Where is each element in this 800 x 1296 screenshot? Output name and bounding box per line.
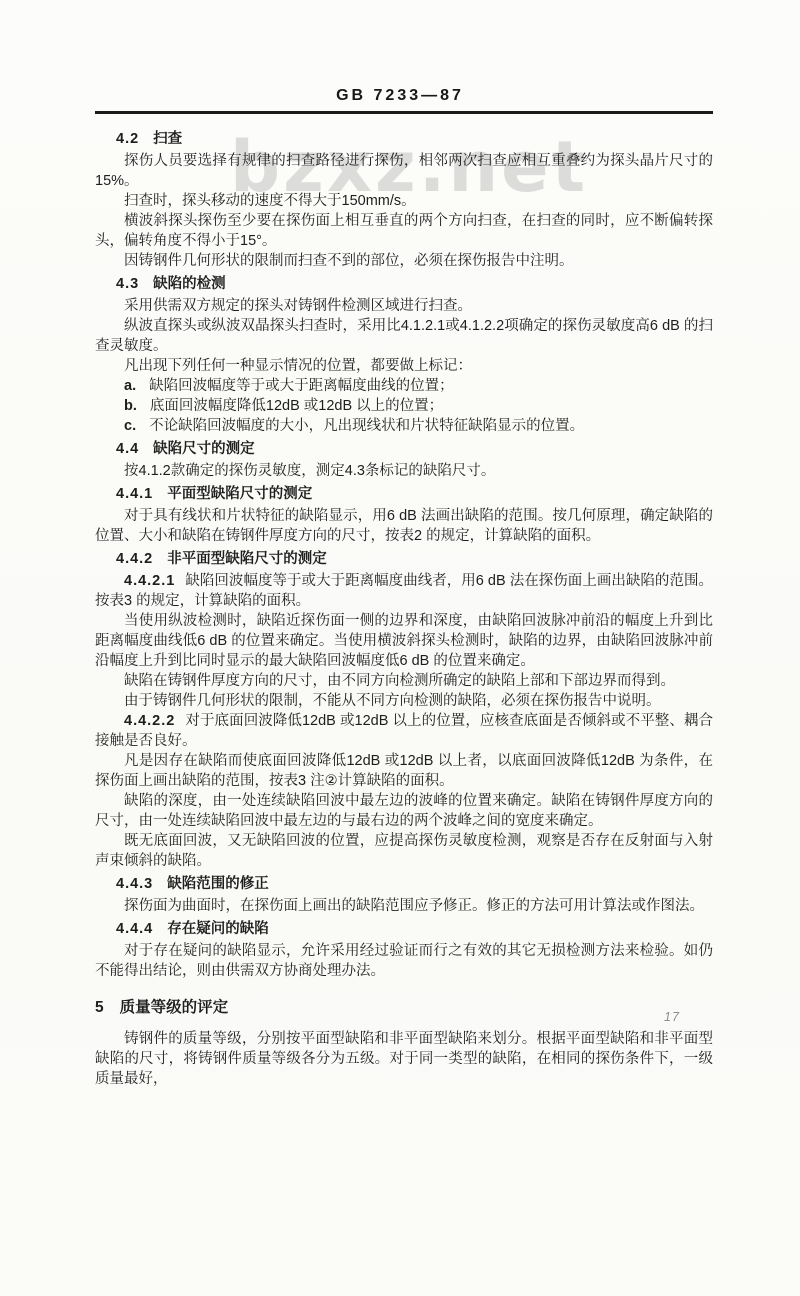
paragraph: 横波斜探头探伤至少要在探伤面上相互垂直的两个方向扫查，在扫查的同时，应不断偏转探… bbox=[95, 211, 713, 251]
paragraph: 缺陷的深度，由一处连续缺陷回波中最左边的波峰的位置来确定。缺陷在铸钢件厚度方向的… bbox=[95, 791, 713, 831]
numbered-paragraph: 4.4.2.1缺陷回波幅度等于或大于距离幅度曲线者，用6 dB 法在探伤面上画出… bbox=[95, 571, 713, 611]
section-title: 非平面型缺陷尺寸的测定 bbox=[167, 551, 327, 567]
numbered-paragraph: 4.4.2.2对于底面回波降低12dB 或12dB 以上的位置，应核查底面是否倾… bbox=[95, 711, 713, 751]
section-heading: 4.2扫查 bbox=[95, 129, 713, 149]
chapter-heading: 5质量等级的评定 bbox=[95, 998, 713, 1018]
paragraph: 因铸钢件几何形状的限制而扫查不到的部位，必须在探伤报告中注明。 bbox=[95, 251, 713, 271]
paragraph: 当使用纵波检测时，缺陷近探伤面一侧的边界和深度，由缺陷回波脉冲前沿的幅度上升到比… bbox=[95, 611, 713, 671]
section-title: 缺陷的检测 bbox=[153, 276, 226, 292]
paragraph-text: 因铸钢件几何形状的限制而扫查不到的部位，必须在探伤报告中注明。 bbox=[124, 253, 574, 269]
paragraph-text: 探伤人员要选择有规律的扫查路径进行探伤，相邻两次扫查应相互重叠约为探头晶片尺寸的… bbox=[95, 153, 713, 189]
section-title: 平面型缺陷尺寸的测定 bbox=[167, 486, 312, 502]
section-number: 4.3 bbox=[116, 276, 139, 292]
section-title: 缺陷范围的修正 bbox=[167, 876, 269, 892]
paragraph: 凡是因存在缺陷而使底面回波降低12dB 或12dB 以上者，以底面回波降低12d… bbox=[95, 751, 713, 791]
section-number: 4.4 bbox=[116, 441, 139, 457]
paragraph-text: 凡出现下列任何一种显示情况的位置，都要做上标记： bbox=[124, 358, 472, 374]
paragraph-text: 对于具有线状和片状特征的缺陷显示，用6 dB 法画出缺陷的范围。按几何原理，确定… bbox=[95, 508, 713, 544]
paragraph-text: 对于存在疑问的缺陷显示，允许采用经过验证而行之有效的其它无损检测方法来检验。如仍… bbox=[95, 943, 713, 979]
list-item-text: 底面回波幅度降低12dB 或12dB 以上的位置； bbox=[150, 398, 443, 414]
section-heading: 4.3缺陷的检测 bbox=[95, 274, 713, 294]
section-title: 缺陷尺寸的测定 bbox=[153, 441, 255, 457]
paragraph-text: 缺陷在铸钢件厚度方向的尺寸，由不同方向检测所确定的缺陷上部和下部边界而得到。 bbox=[124, 673, 675, 689]
paragraph-text: 按4.1.2款确定的探伤灵敏度，测定4.3条标记的缺陷尺寸。 bbox=[124, 463, 495, 479]
page-number: 17 bbox=[664, 1010, 680, 1024]
section-heading: 4.4.1平面型缺陷尺寸的测定 bbox=[95, 484, 713, 504]
clause-number: 4.4.2.2 bbox=[124, 713, 175, 729]
document-body: 4.2扫查探伤人员要选择有规律的扫查路径进行探伤，相邻两次扫查应相互重叠约为探头… bbox=[95, 126, 713, 1089]
list-item-marker: c. bbox=[124, 418, 136, 434]
paragraph-text: 纵波直探头或纵波双晶探头扫查时，采用比4.1.2.1或4.1.2.2项确定的探伤… bbox=[95, 318, 713, 354]
section-number: 4.4.2 bbox=[116, 551, 153, 567]
paragraph: 由于铸钢件几何形状的限制，不能从不同方向检测的缺陷，必须在探伤报告中说明。 bbox=[95, 691, 713, 711]
paragraph: 探伤面为曲面时，在探伤面上画出的缺陷范围应予修正。修正的方法可用计算法或作图法。 bbox=[95, 896, 713, 916]
paragraph-text: 既无底面回波，又无缺陷回波的位置，应提高探伤灵敏度检测，观察是否存在反射面与入射… bbox=[95, 833, 713, 869]
section-heading: 4.4.4存在疑问的缺陷 bbox=[95, 919, 713, 939]
paragraph-text: 探伤面为曲面时，在探伤面上画出的缺陷范围应予修正。修正的方法可用计算法或作图法。 bbox=[124, 898, 704, 914]
scanned-page: bzxz.net GB 7233—87 4.2扫查探伤人员要选择有规律的扫查路径… bbox=[0, 0, 800, 1296]
paragraph-text: 对于底面回波降低12dB 或12dB 以上的位置，应核查底面是否倾斜或不平整、耦… bbox=[95, 713, 713, 749]
paragraph-text: 横波斜探头探伤至少要在探伤面上相互垂直的两个方向扫查，在扫查的同时，应不断偏转探… bbox=[95, 213, 713, 249]
section-number: 4.4.4 bbox=[116, 921, 153, 937]
clause-number: 4.4.2.1 bbox=[124, 573, 175, 589]
paragraph-text: 缺陷的深度，由一处连续缺陷回波中最左边的波峰的位置来确定。缺陷在铸钢件厚度方向的… bbox=[95, 793, 713, 829]
section-number: 4.4.3 bbox=[116, 876, 153, 892]
paragraph: 对于具有线状和片状特征的缺陷显示，用6 dB 法画出缺陷的范围。按几何原理，确定… bbox=[95, 506, 713, 546]
list-item-marker: a. bbox=[124, 378, 136, 394]
paragraph: 缺陷在铸钢件厚度方向的尺寸，由不同方向检测所确定的缺陷上部和下部边界而得到。 bbox=[95, 671, 713, 691]
paragraph: 铸钢件的质量等级，分别按平面型缺陷和非平面型缺陷来划分。根据平面型缺陷和非平面型… bbox=[95, 1029, 713, 1089]
paragraph-text: 缺陷回波幅度等于或大于距离幅度曲线者，用6 dB 法在探伤面上画出缺陷的范围。按… bbox=[95, 573, 713, 609]
paragraph-text: 采用供需双方规定的探头对铸钢件检测区域进行扫查。 bbox=[124, 298, 472, 314]
paragraph: 纵波直探头或纵波双晶探头扫查时，采用比4.1.2.1或4.1.2.2项确定的探伤… bbox=[95, 316, 713, 356]
paragraph: 既无底面回波，又无缺陷回波的位置，应提高探伤灵敏度检测，观察是否存在反射面与入射… bbox=[95, 831, 713, 871]
list-item: c.不论缺陷回波幅度的大小，凡出现线状和片状特征缺陷显示的位置。 bbox=[95, 416, 713, 436]
paragraph: 扫查时，探头移动的速度不得大于150mm/s。 bbox=[95, 191, 713, 211]
section-number: 4.2 bbox=[116, 131, 139, 147]
section-heading: 4.4.3缺陷范围的修正 bbox=[95, 874, 713, 894]
paragraph-text: 凡是因存在缺陷而使底面回波降低12dB 或12dB 以上者，以底面回波降低12d… bbox=[95, 753, 713, 789]
list-item-text: 不论缺陷回波幅度的大小，凡出现线状和片状特征缺陷显示的位置。 bbox=[149, 418, 584, 434]
list-item-text: 缺陷回波幅度等于或大于距离幅度曲线的位置； bbox=[149, 378, 454, 394]
section-number: 4.4.1 bbox=[116, 486, 153, 502]
paragraph-text: 铸钢件的质量等级，分别按平面型缺陷和非平面型缺陷来划分。根据平面型缺陷和非平面型… bbox=[95, 1031, 713, 1087]
paragraph: 对于存在疑问的缺陷显示，允许采用经过验证而行之有效的其它无损检测方法来检验。如仍… bbox=[95, 941, 713, 981]
list-item: b.底面回波幅度降低12dB 或12dB 以上的位置； bbox=[95, 396, 713, 416]
list-item-marker: b. bbox=[124, 398, 137, 414]
section-title: 存在疑问的缺陷 bbox=[167, 921, 269, 937]
standard-number-header: GB 7233—87 bbox=[0, 87, 800, 105]
chapter-number: 5 bbox=[95, 999, 104, 1016]
header-rule bbox=[95, 111, 713, 114]
paragraph: 按4.1.2款确定的探伤灵敏度，测定4.3条标记的缺陷尺寸。 bbox=[95, 461, 713, 481]
chapter-title: 质量等级的评定 bbox=[120, 999, 229, 1016]
list-item: a.缺陷回波幅度等于或大于距离幅度曲线的位置； bbox=[95, 376, 713, 396]
section-heading: 4.4.2非平面型缺陷尺寸的测定 bbox=[95, 549, 713, 569]
paragraph: 凡出现下列任何一种显示情况的位置，都要做上标记： bbox=[95, 356, 713, 376]
paragraph-text: 由于铸钢件几何形状的限制，不能从不同方向检测的缺陷，必须在探伤报告中说明。 bbox=[124, 693, 661, 709]
paragraph-text: 当使用纵波检测时，缺陷近探伤面一侧的边界和深度，由缺陷回波脉冲前沿的幅度上升到比… bbox=[95, 613, 713, 669]
section-title: 扫查 bbox=[153, 131, 182, 147]
section-heading: 4.4缺陷尺寸的测定 bbox=[95, 439, 713, 459]
paragraph: 探伤人员要选择有规律的扫查路径进行探伤，相邻两次扫查应相互重叠约为探头晶片尺寸的… bbox=[95, 151, 713, 191]
paragraph-text: 扫查时，探头移动的速度不得大于150mm/s。 bbox=[124, 193, 416, 209]
paragraph: 采用供需双方规定的探头对铸钢件检测区域进行扫查。 bbox=[95, 296, 713, 316]
